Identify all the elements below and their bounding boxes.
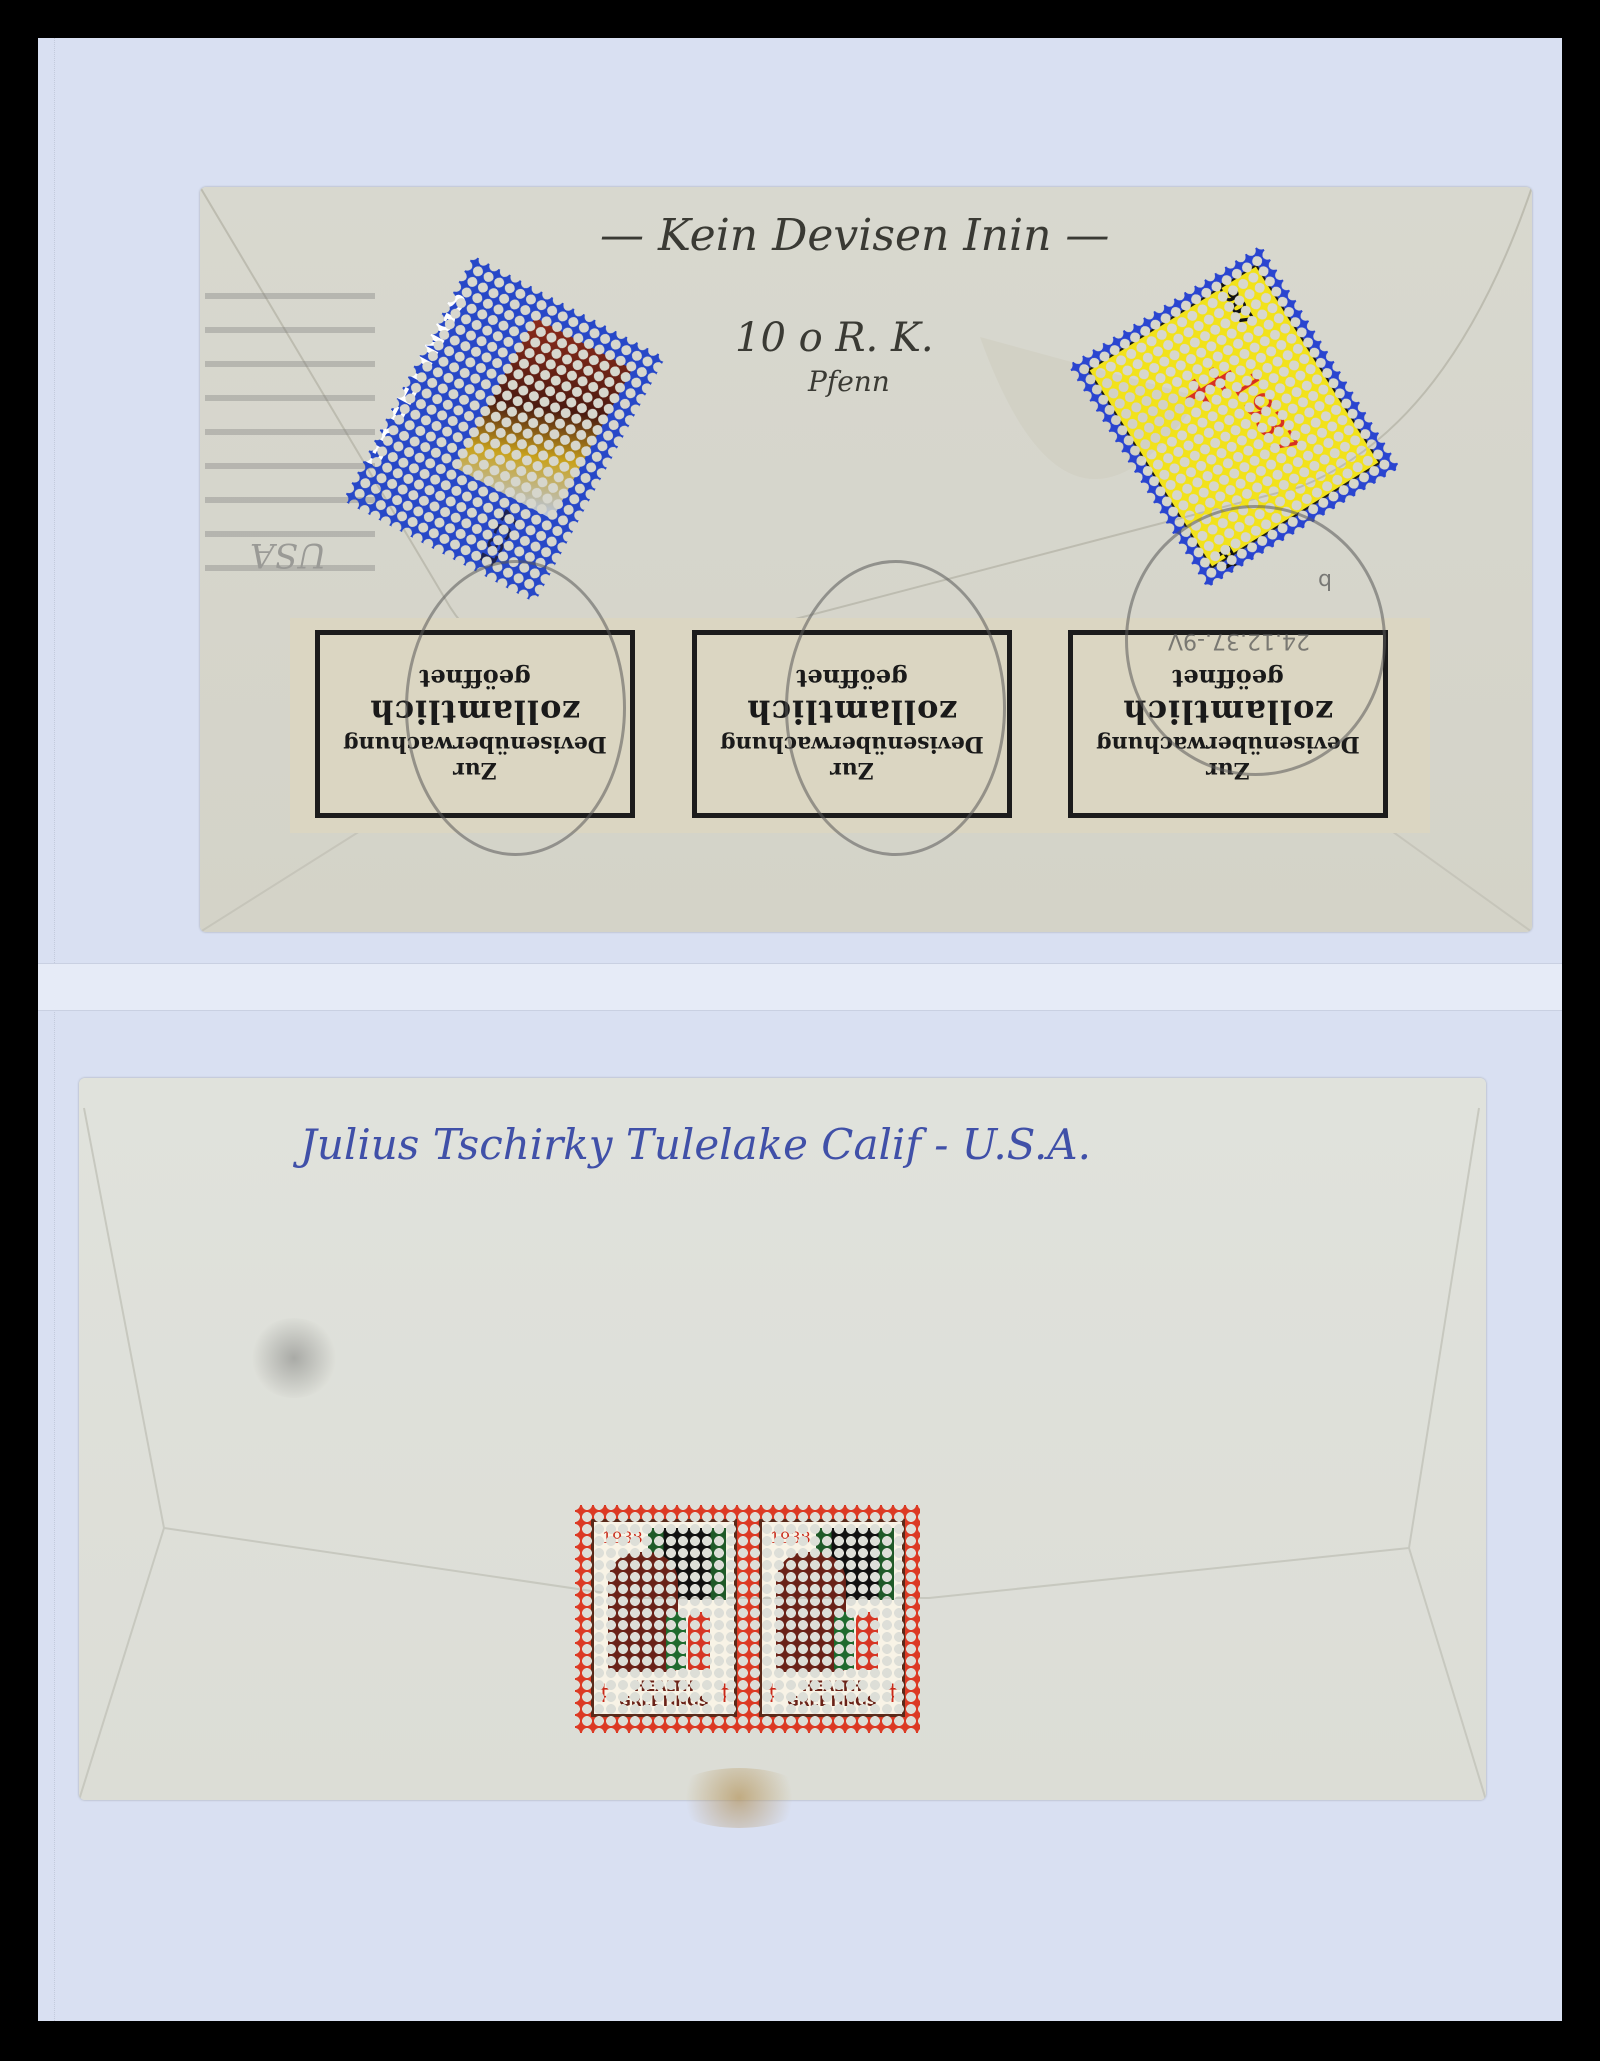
machine-cancel — [205, 265, 375, 575]
postmark-date: 24.12.37.-9V — [1168, 628, 1310, 653]
seal-figure — [834, 1612, 854, 1670]
seal-year-bottom: 1937 — [1222, 366, 1305, 465]
health-greetings-seal: 1938 ‡ ‡ HEALTH GREETINGS — [591, 1519, 737, 1717]
handwriting-amount: 10 o R. K. — [735, 315, 934, 361]
pencil-note: USA — [250, 535, 327, 575]
christmas-seal-pair: 1938 ‡ ‡ HEALTH GREETINGS 1938 ‡ ‡ HEALT… — [575, 1505, 920, 1733]
seal-figure — [666, 1612, 686, 1670]
health-greetings-seal: 1938 ‡ ‡ HEALTH GREETINGS — [759, 1519, 905, 1717]
stain — [669, 1768, 809, 1828]
seal-figure — [856, 1612, 878, 1670]
seal-caption-line: GREETINGS — [594, 1695, 734, 1710]
pocket-divider — [38, 963, 1562, 1011]
postmark — [785, 560, 1006, 856]
seal-caption: HEALTH GREETINGS — [762, 1680, 902, 1710]
pocket-edge — [46, 38, 55, 2021]
seal-year-top: 1907 — [1210, 271, 1260, 331]
seal-caption-line: GREETINGS — [762, 1695, 902, 1710]
seal-caption: HEALTH GREETINGS — [594, 1680, 734, 1710]
seal-caption-line: HEALTH — [762, 1680, 902, 1695]
handwriting-address: Julius Tschirky Tulelake Calif - U.S.A. — [300, 1120, 1091, 1169]
postmark — [405, 560, 626, 856]
postmark-letter: b — [1318, 568, 1332, 593]
ink-smudge — [249, 1318, 339, 1398]
seal-figure — [688, 1612, 710, 1670]
handwriting-signature: Pfenn — [808, 365, 890, 398]
seal-year: 1938 — [602, 1528, 643, 1547]
postmark: 24.12.37.-9V b — [1125, 505, 1386, 776]
seal-caption-line: HEALTH — [594, 1680, 734, 1695]
seal-year: 1938 — [770, 1528, 811, 1547]
handwriting-customs-note: — Kein Devisen Inin — — [600, 210, 1109, 261]
